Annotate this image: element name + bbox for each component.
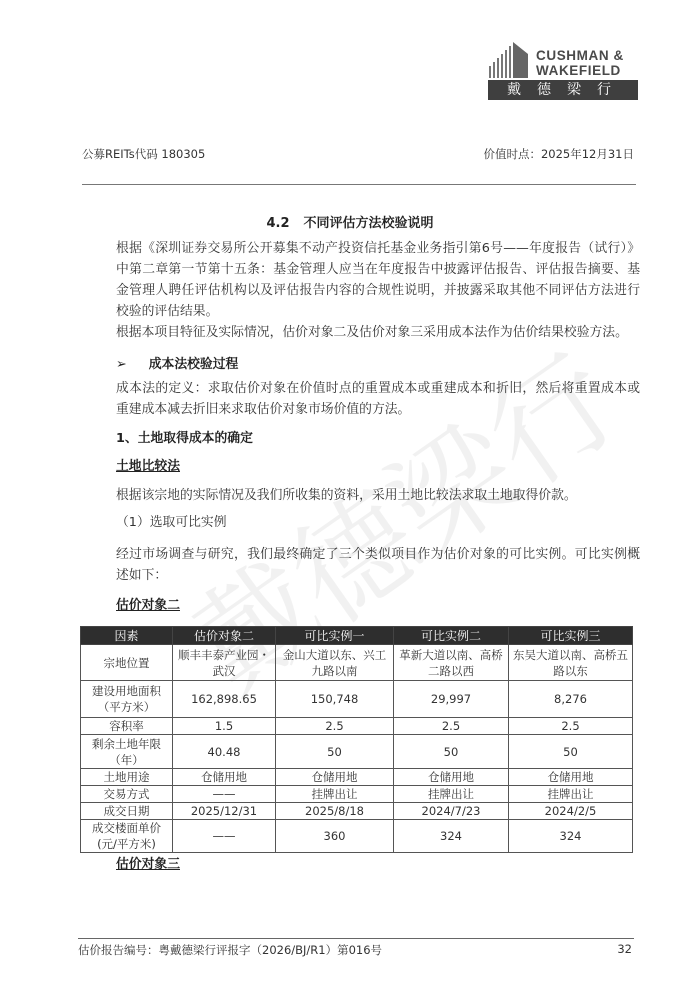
comparables-table: 因素 估价对象二 可比实例一 可比实例二 可比实例三 宗地位置 顺丰丰泰产业园・… [80,626,633,853]
table-cell: 土地用途 [81,769,173,786]
bullet-heading-text: 成本法校验过程 [149,357,239,372]
company-logo: CUSHMAN & WAKEFIELD 戴德梁行 [488,42,648,104]
definition-paragraph: 成本法的定义：求取估价对象在价值时点的重置成本或重建成本和折旧，然后将重置成本或… [116,378,640,420]
intro-paragraph: 根据《深圳证券交易所公开募集不动产投资信托基金业务指引第6号——年度报告（试行）… [116,238,640,322]
table-cell: 324 [394,820,509,853]
table-cell: 2024/7/23 [394,803,509,820]
table-header-row: 因素 估价对象二 可比实例一 可比实例二 可比实例三 [81,627,633,645]
table-cell: 2025/12/31 [173,803,276,820]
table-cell: 50 [394,735,509,769]
table-row: 宗地位置 顺丰丰泰产业园・武汉 金山大道以东、兴工九路以南 革新大道以南、高桥二… [81,645,633,681]
section-title: 4.2不同评估方法校验说明 [0,212,700,231]
table-cell: 建设用地面积（平方米） [81,681,173,718]
table-cell: 2024/2/5 [509,803,633,820]
survey-paragraph: 经过市场调查与研究，我们最终确定了三个类似项目作为估价对象的可比实例。可比实例概… [116,544,640,586]
table-cell: 仓储用地 [276,769,394,786]
table-cell: 金山大道以东、兴工九路以南 [276,645,394,681]
logo-brand-line2: WAKEFIELD [536,63,624,78]
table-cell: 容积率 [81,718,173,735]
header-comparable-3: 可比实例三 [509,627,633,645]
header-object-2: 估价对象二 [173,627,276,645]
header-divider [82,184,636,185]
building-bars-icon [488,42,532,78]
table-cell: —— [173,820,276,853]
table-cell: 8,276 [509,681,633,718]
header-comparable-2: 可比实例二 [394,627,509,645]
header-factor: 因素 [81,627,173,645]
table-cell: 挂牌出让 [394,786,509,803]
table-cell: 仓储用地 [509,769,633,786]
object-2-label: 估价对象二 [116,595,180,616]
table-cell: 成交楼面单价(元/平方米) [81,820,173,853]
table-cell: 324 [509,820,633,853]
table-cell: 40.48 [173,735,276,769]
table-row: 剩余土地年限（年） 40.48 50 50 50 [81,735,633,769]
table-cell: 仓储用地 [394,769,509,786]
table-cell: 2.5 [509,718,633,735]
object-3-label: 估价对象三 [116,854,180,875]
logo-chinese-name: 戴德梁行 [488,80,638,100]
table-cell: 150,748 [276,681,394,718]
table-cell: 360 [276,820,394,853]
table-cell: 成交日期 [81,803,173,820]
arrow-bullet-icon: ➢ [116,357,127,372]
table-cell: 仓储用地 [173,769,276,786]
reits-code: 公募REITs代码 180305 [82,146,205,162]
step-select-comparables: （1）选取可比实例 [116,512,640,533]
table-row: 成交楼面单价(元/平方米) —— 360 324 324 [81,820,633,853]
table-row: 容积率 1.5 2.5 2.5 2.5 [81,718,633,735]
report-number: 估价报告编号：粤戴德梁行评报字（2026/BJ/R1）第016号 [78,942,382,958]
table-row: 成交日期 2025/12/31 2025/8/18 2024/7/23 2024… [81,803,633,820]
table-cell: 挂牌出让 [276,786,394,803]
table-cell: 顺丰丰泰产业园・武汉 [173,645,276,681]
table-cell: 交易方式 [81,786,173,803]
table-cell: 162,898.65 [173,681,276,718]
table-cell: 东吴大道以南、高桥五路以东 [509,645,633,681]
table-cell: 1.5 [173,718,276,735]
table-row: 交易方式 —— 挂牌出让 挂牌出让 挂牌出让 [81,786,633,803]
table-cell: 2025/8/18 [276,803,394,820]
table-row: 建设用地面积（平方米） 162,898.65 150,748 29,997 8,… [81,681,633,718]
valuation-date: 价值时点：2025年12月31日 [483,146,634,162]
table-cell: 剩余土地年限（年） [81,735,173,769]
page-number: 32 [617,942,632,956]
table-cell: 2.5 [276,718,394,735]
table-cell: 50 [509,735,633,769]
land-method-paragraph: 根据该宗地的实际情况及我们所收集的资料，采用土地比较法求取土地取得价款。 [116,485,640,506]
subheading-land-comparison: 土地比较法 [116,456,180,477]
table-row: 土地用途 仓储用地 仓储用地 仓储用地 仓储用地 [81,769,633,786]
table-cell: —— [173,786,276,803]
method-statement: 根据本项目特征及实际情况，估价对象二及估价对象三采用成本法作为估价结果校验方法。 [116,322,640,343]
table-cell: 宗地位置 [81,645,173,681]
table-cell: 2.5 [394,718,509,735]
bullet-heading: ➢成本法校验过程 [116,354,640,375]
logo-brand-line1: CUSHMAN & [536,48,624,63]
table-cell: 29,997 [394,681,509,718]
table-cell: 挂牌出让 [509,786,633,803]
table-cell: 50 [276,735,394,769]
section-number: 4.2 [266,216,289,231]
table-cell: 革新大道以南、高桥二路以西 [394,645,509,681]
subheading-land-cost: 1、土地取得成本的确定 [116,428,640,449]
footer-divider [78,938,634,939]
section-title-text: 不同评估方法校验说明 [304,216,434,231]
header-comparable-1: 可比实例一 [276,627,394,645]
